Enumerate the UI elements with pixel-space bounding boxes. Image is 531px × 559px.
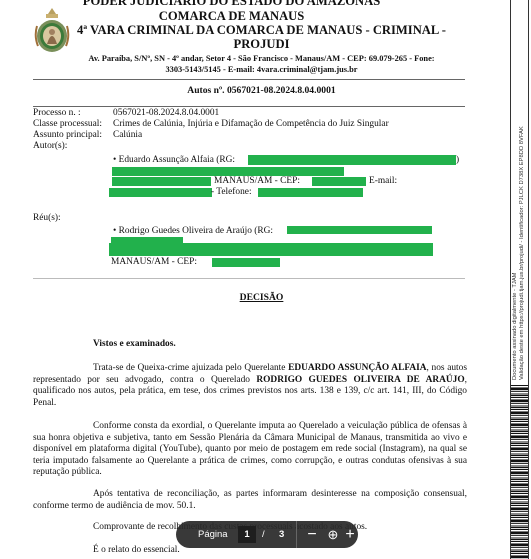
autor-phone-label: - Telefone: bbox=[211, 187, 252, 197]
querelante-name: EDUARDO ASSUNÇÃO ALFAIA bbox=[288, 363, 426, 373]
reu-city: MANAUS/AM - CEP: bbox=[111, 257, 197, 267]
signed-text: Documento assinado digitalmente - TJAM bbox=[512, 272, 518, 380]
autor-city: MANAUS/AM - CEP: bbox=[214, 176, 300, 186]
classe-label: Classe processual: bbox=[33, 119, 102, 129]
barcode bbox=[511, 385, 528, 559]
redacted-reu-address bbox=[109, 243, 433, 256]
p2-text: Conforme consta da exordial, o Querelant… bbox=[33, 421, 467, 477]
case-divider bbox=[33, 278, 465, 279]
zoom-in-button[interactable]: + bbox=[340, 524, 360, 545]
header-court-name: PODER JUDICIÁRIO DO ESTADO DO AMAZONAS bbox=[0, 0, 463, 9]
querelado-name: RODRIGO GUEDES OLIVEIRA DE ARAÚJO bbox=[256, 375, 464, 385]
decision-intro: Vistos e examinados. bbox=[33, 339, 467, 351]
header-comarca: COMARCA DE MANAUS bbox=[0, 9, 463, 24]
classe-value: Crimes de Calúnia, Injúria e Difamação d… bbox=[113, 119, 389, 129]
total-pages: 3 bbox=[279, 529, 284, 540]
redacted-rg bbox=[248, 155, 456, 165]
decision-paragraph-3: Após tentativa de reconciliação, as part… bbox=[33, 489, 467, 512]
autor-rg-close: ) bbox=[456, 155, 459, 165]
autor-label: Autor(s): bbox=[33, 141, 67, 151]
header-contact: 3303-5143/5145 - E-mail: 4vara.criminal@… bbox=[30, 64, 493, 75]
p1-text-a: Trata-se de Queixa-crime ajuizada pelo Q… bbox=[93, 363, 288, 373]
page-label: Página bbox=[198, 529, 228, 540]
redacted-reu-cep bbox=[212, 258, 280, 267]
intro-text: Vistos e examinados. bbox=[93, 339, 176, 349]
redacted-reu-rg bbox=[287, 226, 432, 234]
page-separator: / bbox=[262, 529, 265, 540]
redacted-address bbox=[112, 167, 344, 176]
pdf-page-controls: Página 1 / 3 − ⊕ + bbox=[176, 521, 358, 548]
header-vara: 4ª VARA CRIMINAL DA COMARCA DE MANAUS - … bbox=[30, 23, 493, 38]
decision-title: DECISÃO bbox=[30, 292, 493, 303]
processo-value: 0567021-08.2024.8.04.0001 bbox=[113, 108, 219, 118]
autor-email-label: E-mail: bbox=[369, 176, 397, 186]
p5-text: É o relato do essencial. bbox=[93, 545, 180, 555]
redacted-neighborhood bbox=[112, 177, 211, 186]
zoom-out-button[interactable]: − bbox=[302, 524, 322, 545]
header-address: Av. Paraíba, S/Nº, SN - 4º andar, Setor … bbox=[30, 53, 493, 64]
autor-name: • Eduardo Assunção Alfaia (RG: bbox=[113, 155, 235, 165]
autos-number: Autos nº. 0567021-08.2024.8.04.0001 bbox=[30, 85, 493, 96]
reu-label: Réu(s): bbox=[33, 213, 61, 223]
redacted-phone bbox=[258, 188, 363, 197]
processo-label: Processo n. : bbox=[33, 108, 81, 118]
header-divider bbox=[33, 79, 465, 80]
autos-divider bbox=[33, 106, 465, 107]
pager-divider bbox=[296, 521, 297, 548]
redacted-email bbox=[109, 188, 212, 197]
pdf-page: PODER JUDICIÁRIO DO ESTADO DO AMAZONAS C… bbox=[0, 0, 531, 559]
validation-text: Validação deste em https://projudi.tjam.… bbox=[519, 126, 525, 380]
header-projudi: PROJUDI bbox=[30, 37, 493, 52]
reu-name: • Rodrigo Guedes Oliveira de Araújo (RG: bbox=[113, 226, 273, 236]
decision-paragraph-1: Trata-se de Queixa-crime ajuizada pelo Q… bbox=[33, 363, 467, 409]
assunto-label: Assunto principal: bbox=[33, 130, 102, 140]
decision-paragraph-2: Conforme consta da exordial, o Querelant… bbox=[33, 421, 467, 479]
p3-text: Após tentativa de reconciliação, as part… bbox=[33, 489, 467, 511]
current-page-input[interactable]: 1 bbox=[238, 526, 256, 543]
redacted-cep bbox=[312, 177, 366, 186]
assunto-value: Calúnia bbox=[113, 130, 142, 140]
